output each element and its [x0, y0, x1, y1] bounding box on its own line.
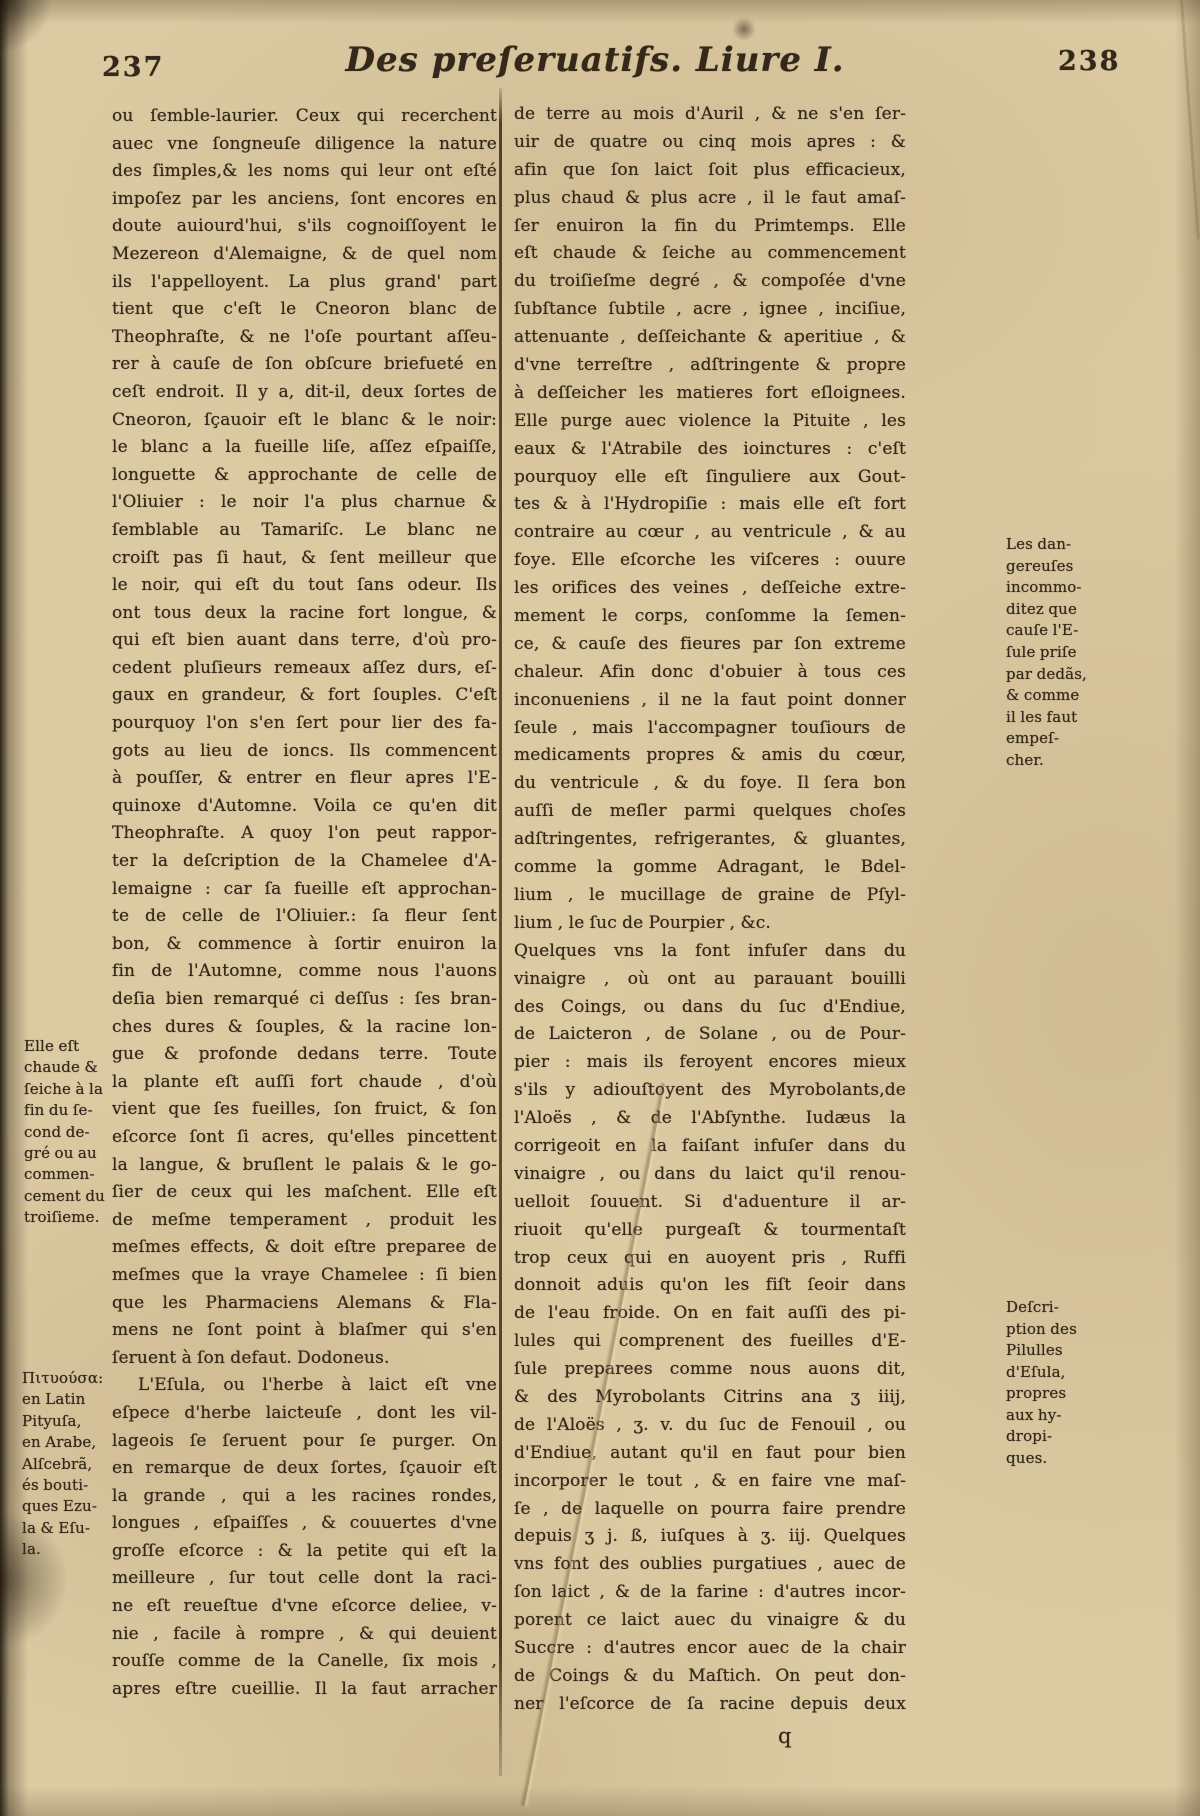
text-line: ne eſt reueſtue d'vne eſcorce deliee, v-: [112, 1593, 497, 1621]
text-line: vinaigre , où ont au parauant bouilli: [514, 966, 906, 994]
left-text-column: ou ſemble-laurier. Ceux qui recerchentau…: [112, 103, 497, 1711]
text-line: uelloit ſouuent. Si d'aduenture il ar-: [514, 1189, 906, 1217]
text-line: troiſieme.: [24, 1207, 112, 1228]
text-line: chaude &: [24, 1057, 112, 1078]
text-line: nie , facile à rompre , & qui deuient: [112, 1621, 497, 1649]
text-line: eaux & l'Atrabile des ioinctures : c'eſt: [514, 436, 906, 464]
text-line: ſeruent à ſon defaut. Dodoneus.: [112, 1345, 497, 1373]
text-line: adſtringentes, refrigerantes, & gluantes…: [514, 826, 906, 854]
text-line: ſule priſe: [1006, 642, 1118, 664]
text-line: Succre : d'autres encor auec de la chair: [514, 1635, 906, 1663]
text-line: trop ceux qui en auoyent pris , Ruffi: [514, 1245, 906, 1273]
text-line: Deſcri-: [1006, 1297, 1118, 1319]
running-title: Des preſeruatifs. Liure I.: [300, 40, 890, 80]
page-number-right: 238: [1058, 46, 1120, 77]
text-line: ſer enuiron la fin du Primtemps. Elle: [514, 213, 906, 241]
text-line: longuette & approchante de celle de: [112, 462, 497, 490]
text-line: longues , eſpaiſſes , & couuertes d'vne: [112, 1510, 497, 1538]
text-line: cher.: [1006, 750, 1118, 772]
text-line: ſon laict , & de la farine : d'autres in…: [514, 1579, 906, 1607]
text-line: gré ou au: [24, 1143, 112, 1164]
text-line: eſpece d'herbe laicteuſe , dont les vil-: [112, 1400, 497, 1428]
text-line: ce, & cauſe des fieures par ſon extreme: [514, 631, 906, 659]
text-line: de Laicteron , de Solane , ou de Pour-: [514, 1021, 906, 1049]
text-line: quinoxe d'Automne. Voila ce qu'en dit: [112, 793, 497, 821]
text-line: rer à cauſe de ſon obſcure briefueté en: [112, 351, 497, 379]
text-line: riuoit qu'elle purgeaſt & tourmentaſt: [514, 1217, 906, 1245]
text-line: vinaigre , ou dans du laict qu'il renou-: [514, 1161, 906, 1189]
text-line: impoſez par les anciens, ſont encores en: [112, 186, 497, 214]
text-line: des ſimples,& les noms qui leur ont eſté: [112, 158, 497, 186]
text-line: mement le corps, conſomme la ſemen-: [514, 603, 906, 631]
text-line: les orifices des veines , deſſeiche extr…: [514, 575, 906, 603]
text-line: mens ne ſont point à blaſmer qui s'en: [112, 1317, 497, 1345]
text-line: ches dures & ſouples, & la racine lon-: [112, 1014, 497, 1042]
catchword: q: [778, 1724, 791, 1748]
text-line: l'Oliuier : le noir l'a plus charnue &: [112, 489, 497, 517]
text-line: Quelques vns la font infuſer dans du: [514, 938, 906, 966]
text-line: ſule preparees comme nous auons dit,: [514, 1356, 906, 1384]
text-line: d'Eſula,: [1006, 1362, 1118, 1384]
text-line: tes & à l'Hydropiſie : mais elle eſt for…: [514, 491, 906, 519]
text-line: lium , le mucillage de graine de Pſyl-: [514, 882, 906, 910]
column-divider-rule: [499, 88, 502, 1776]
text-line: meilleure , ſur tout celle dont la raci-: [112, 1565, 497, 1593]
text-line: ſemblable au Tamariſc. Le blanc ne: [112, 517, 497, 545]
text-line: empeſ-: [1006, 728, 1118, 750]
margin-note-left-degree: Elle eſtchaude &ſeiche à lafin du ſe-con…: [24, 1036, 112, 1229]
text-line: à pouſſer, & entrer en fleur apres l'E-: [112, 765, 497, 793]
text-line: la grande , qui a les racines rondes,: [112, 1483, 497, 1511]
text-line: pier : mais ils feroyent encores mieux: [514, 1049, 906, 1077]
text-line: le blanc a la fueille liſe, aſſez eſpaiſ…: [112, 434, 497, 462]
text-line: ption des: [1006, 1319, 1118, 1341]
paper-crease-top-right: [1180, 0, 1200, 239]
text-line: eſcorce ſont ſi acres, qu'elles pincette…: [112, 1124, 497, 1152]
margin-note-left-names: Πιτυούσα:en LatinPityuſa,en Arabe,Alſceb…: [22, 1368, 114, 1561]
text-line: & des Myrobolants Citrins ana ʒ iiij,: [514, 1384, 906, 1412]
text-line: auſſi de meſler parmi quelques choſes: [514, 798, 906, 826]
text-line: ditez que: [1006, 599, 1118, 621]
text-line: meſmes que la vraye Chamelee : ſi bien: [112, 1262, 497, 1290]
text-line: des Coings, ou dans du ſuc d'Endiue,: [514, 994, 906, 1022]
text-line: fin du ſe-: [24, 1100, 112, 1121]
text-line: en remarque de deux ſortes, ſçauoir eſt: [112, 1455, 497, 1483]
text-line: de l'eau froide. On en fait auſſi des pi…: [514, 1300, 906, 1328]
text-line: afin que ſon laict ſoit plus efficacieux…: [514, 157, 906, 185]
text-line: il les faut: [1006, 707, 1118, 729]
text-line: en Latin: [22, 1389, 114, 1410]
text-line: commen-: [24, 1164, 112, 1185]
text-line: comme la gomme Adragant, le Bdel-: [514, 854, 906, 882]
text-line: uir de quatre ou cinq mois apres : &: [514, 129, 906, 157]
text-line: cedent pluſieurs remeaux aſſez durs, eſ-: [112, 655, 497, 683]
text-line: gots au lieu de ioncs. Ils commencent: [112, 738, 497, 766]
margin-note-right-pills: Deſcri-ption desPilullesd'Eſula,propresa…: [1006, 1297, 1118, 1469]
text-line: Theophraſte, & ne l'oſe pourtant aſſeu-: [112, 324, 497, 352]
text-line: l'Aloës , & de l'Abſynthe. Iudæus la: [514, 1105, 906, 1133]
text-line: le noir, qui eſt du tout ſans odeur. Ils: [112, 572, 497, 600]
text-line: ou ſemble-laurier. Ceux qui recerchent: [112, 103, 497, 131]
text-line: Mezereon d'Alemaigne, & de quel nom: [112, 241, 497, 269]
text-line: meſmes effects, & doit eſtre preparee de: [112, 1234, 497, 1262]
text-line: doute auiourd'hui, s'ils cognoiſſoyent l…: [112, 213, 497, 241]
text-line: porent ce laict auec du vinaigre & du: [514, 1607, 906, 1635]
text-line: L'Eſula, ou l'herbe à laict eſt vne: [112, 1372, 497, 1400]
text-line: cement du: [24, 1186, 112, 1207]
text-line: & comme: [1006, 685, 1118, 707]
text-line: d'Endiue, autant qu'il en faut pour bien: [514, 1440, 906, 1468]
text-line: s'ils y adiouſtoyent des Myrobolants,de: [514, 1077, 906, 1105]
text-line: ter la deſcription de la Chamelee d'A-: [112, 848, 497, 876]
text-line: la.: [22, 1539, 114, 1560]
margin-note-right-dangers: Les dan-gereuſesincommo-ditez quecauſe l…: [1006, 534, 1118, 772]
text-line: de Coings & du Maſtich. On peut don-: [514, 1663, 906, 1691]
text-line: propres: [1006, 1383, 1118, 1405]
text-line: ſeiche à la: [24, 1079, 112, 1100]
text-line: Alſcebrã,: [22, 1454, 114, 1475]
text-line: lemaigne : car ſa fueille eſt approchan-: [112, 876, 497, 904]
text-line: dropi-: [1006, 1426, 1118, 1448]
text-line: apres eſtre cueillie. Il la faut arrache…: [112, 1676, 497, 1704]
text-line: du troiſieſme degré , & compoſée d'vne: [514, 268, 906, 296]
text-line: ſier de ceux qui les maſchent. Elle eſt: [112, 1179, 497, 1207]
text-line: te de celle de l'Oliuier.: ſa fleur ſent: [112, 903, 497, 931]
text-line: gue & profonde dedans terre. Toute: [112, 1041, 497, 1069]
text-line: lium , le ſuc de Pourpier , &c.: [514, 910, 906, 938]
text-line: vient que ſes fueilles, ſon fruict, & ſo…: [112, 1096, 497, 1124]
text-line: qui eſt bien auant dans terre, d'où pro-: [112, 627, 497, 655]
text-line: auec vne ſongneuſe diligence la nature: [112, 131, 497, 159]
text-line: incommo-: [1006, 577, 1118, 599]
text-line: par dedãs,: [1006, 664, 1118, 686]
text-line: ceſt endroit. Il y a, dit-il, deux ſorte…: [112, 379, 497, 407]
text-line: Elle eſt: [24, 1036, 112, 1057]
text-line: Cneoron, ſçauoir eſt le blanc & le noir:: [112, 407, 497, 435]
text-line: incorporer le tout , & en faire vne maſ-: [514, 1468, 906, 1496]
text-line: rouſſe comme de la Canelle, ſix mois ,: [112, 1648, 497, 1676]
text-line: Elle purge auec violence la Pituite , le…: [514, 408, 906, 436]
text-line: que les Pharmaciens Alemans & Fla-: [112, 1290, 497, 1318]
text-line: la plante eſt auſſi fort chaude , d'où: [112, 1069, 497, 1097]
text-line: du ventricule , & du foye. Il ſera bon: [514, 770, 906, 798]
text-line: cond de-: [24, 1122, 112, 1143]
text-line: eſt chaude & ſeiche au commencement: [514, 240, 906, 268]
text-line: aux hy-: [1006, 1405, 1118, 1427]
text-line: lageois ſe ſeruent pour ſe purger. On: [112, 1428, 497, 1456]
text-line: d'vne terreſtre , adſtringente & propre: [514, 352, 906, 380]
text-line: gereuſes: [1006, 556, 1118, 578]
text-line: ont tous deux la racine fort longue, &: [112, 600, 497, 628]
text-line: ſe , de laquelle on pourra faire prendre: [514, 1496, 906, 1524]
text-line: lules qui comprenent des fueilles d'E-: [514, 1328, 906, 1356]
text-line: plus chaud & plus acre , il le faut amaſ…: [514, 185, 906, 213]
text-line: de terre au mois d'Auril , & ne s'en ſer…: [514, 101, 906, 129]
text-line: bon, & commence à ſortir enuiron la: [112, 931, 497, 959]
text-line: Πιτυούσα:: [22, 1368, 114, 1389]
text-line: la langue, & bruſlent le palais & le go-: [112, 1152, 497, 1180]
text-line: deſia bien remarqué ci deſſus : ſes bran…: [112, 986, 497, 1014]
text-line: croiſt pas ſi haut, & ſent meilleur que: [112, 545, 497, 573]
text-line: pourquoy elle eſt ſinguliere aux Gout-: [514, 464, 906, 492]
text-line: en Arabe,: [22, 1432, 114, 1453]
right-text-column: de terre au mois d'Auril , & ne s'en ſer…: [514, 101, 906, 1719]
text-line: ſubſtance ſubtile , acre , ignee , inciſ…: [514, 296, 906, 324]
text-line: pourquoy l'on s'en ſert pour lier des fa…: [112, 710, 497, 738]
text-line: la & Eſu-: [22, 1518, 114, 1539]
text-line: de l'Aloës , ʒ. v. du ſuc de Fenouil , o…: [514, 1412, 906, 1440]
text-line: à deſſeicher les matieres fort eſloignee…: [514, 380, 906, 408]
text-line: ner l'eſcorce de ſa racine depuis deux: [514, 1691, 906, 1719]
text-line: tient que c'eſt le Cneoron blanc de: [112, 296, 497, 324]
text-line: ques.: [1006, 1448, 1118, 1470]
text-line: medicaments propres & amis du cœur,: [514, 742, 906, 770]
text-line: Pityuſa,: [22, 1411, 114, 1432]
text-line: gaux en grandeur, & fort ſouples. C'eſt: [112, 682, 497, 710]
book-page-scan: 237 Des preſeruatifs. Liure I. 238 ou ſe…: [0, 0, 1200, 1816]
text-line: cauſe l'E-: [1006, 620, 1118, 642]
text-line: contraire au cœur , au ventricule , & au: [514, 519, 906, 547]
text-line: foye. Elle eſcorche les viſceres : ouure: [514, 547, 906, 575]
text-line: Theophraſte. A quoy l'on peut rappor-: [112, 820, 497, 848]
text-line: chaleur. Afin donc d'obuier à tous ces: [514, 659, 906, 687]
text-line: ques Ezu-: [22, 1496, 114, 1517]
text-line: corrigeoit en la faiſant infuſer dans du: [514, 1133, 906, 1161]
text-line: donnoit aduis qu'on les fiſt ſeoir dans: [514, 1272, 906, 1300]
text-line: groſſe eſcorce : & la petite qui eſt la: [112, 1538, 497, 1566]
text-line: attenuante , deſſeichante & aperitiue , …: [514, 324, 906, 352]
text-line: Les dan-: [1006, 534, 1118, 556]
page-number-left: 237: [102, 52, 164, 83]
text-line: és bouti-: [22, 1475, 114, 1496]
text-line: ils l'appelloyent. La plus grand' part: [112, 269, 497, 297]
text-line: Pilulles: [1006, 1340, 1118, 1362]
text-line: ſeule , mais l'accompagner touſiours de: [514, 715, 906, 743]
text-line: inconueniens , il ne la faut point donne…: [514, 687, 906, 715]
text-line: de meſme temperament , produit les: [112, 1207, 497, 1235]
text-line: fin de l'Automne, comme nous l'auons: [112, 958, 497, 986]
